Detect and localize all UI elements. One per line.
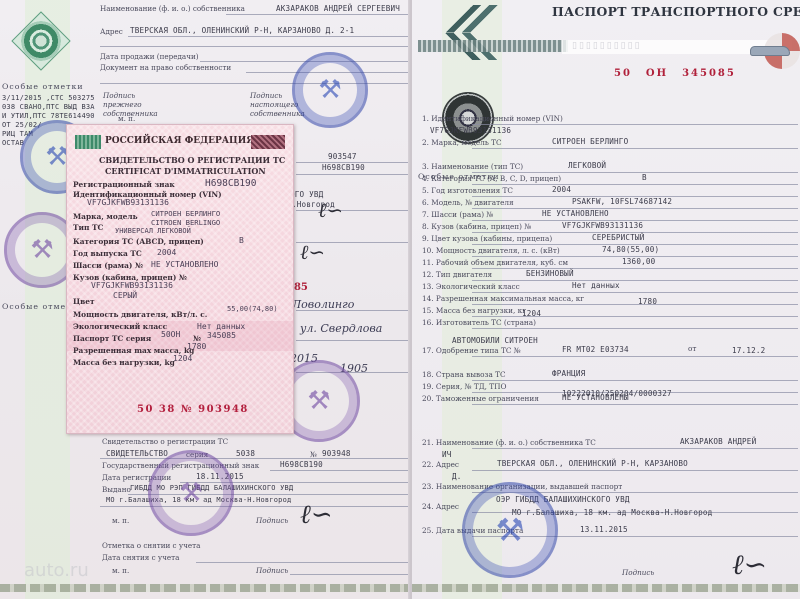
field-label: 14. Разрешенная максимальная масса, кг	[422, 294, 584, 303]
field-value: 13.11.2015	[580, 525, 628, 534]
plate-number: Н698СВ190	[205, 178, 256, 189]
field-label: 4. Категория ТС (A, B, C, D, прицеп)	[422, 174, 561, 183]
field-value: FR MT02 E03734	[562, 345, 629, 354]
field-label: 9. Цвет кузова (кабины, прицепа)	[422, 234, 552, 243]
field-label: 12. Тип двигателя	[422, 270, 492, 279]
reg-cert-value: СВИДЕТЕЛЬСТВО	[106, 449, 168, 458]
field-value: Нет данных	[572, 281, 620, 290]
hammers-icon: ⚒	[496, 511, 525, 549]
field-value: БЕНЗИНОВЫЙ	[526, 269, 574, 278]
green-pattern-icon	[75, 135, 101, 149]
field-label: 18. Страна вывоза ТС	[422, 370, 506, 379]
plate-value: Н698СВ190	[280, 460, 323, 469]
special-marks-label: Особые отметки	[2, 82, 84, 91]
field-label: 10. Мощность двигателя, л. с. (кВт)	[422, 246, 560, 255]
registration-certificate-card: РОССИЙСКАЯ ФЕДЕРАЦИЯ СВИДЕТЕЛЬСТВО О РЕГ…	[66, 124, 294, 434]
field-value: Д.	[452, 472, 462, 481]
hammers-icon: ⚒	[307, 386, 330, 416]
hammers-icon: ⚒	[30, 235, 53, 265]
field-label: 8. Кузов (кабина, прицеп) №	[422, 222, 531, 231]
ornament-band	[0, 584, 412, 592]
handwritten-line: Ловолинго	[292, 298, 354, 311]
watermark-text: auto.ru	[24, 560, 89, 581]
owner-label: Наименование (ф. и. о.) собственника	[100, 4, 245, 13]
field-value: СИТРОЕН БЕРЛИНГО	[552, 137, 628, 146]
field-label: 16. Изготовитель ТС (страна)	[422, 318, 536, 327]
field-label: от	[688, 344, 696, 353]
prev-owner-sign-label: Подпись прежнего собственника	[103, 91, 173, 118]
field-label: 22. Адрес	[422, 460, 459, 469]
mp-label: м. п.	[118, 114, 135, 123]
cert-number-value: 903547	[328, 152, 357, 161]
red-pattern-icon	[251, 135, 285, 149]
field-value: PSAKFW, 10FSL74687142	[572, 197, 672, 206]
owner-value: АКЗАРАКОВ АНДРЕЙ СЕРГЕЕВИЧ	[276, 4, 400, 13]
color-value: СЕРЫЙ	[113, 291, 137, 300]
hammers-icon: ⚒	[179, 478, 202, 508]
field-value: АКЗАРАКОВ АНДРЕЙ	[680, 437, 756, 446]
reg-cert-label: Свидетельство о регистрации ТС	[102, 437, 228, 446]
card-serial-number: 50 38 № 903948	[137, 404, 249, 415]
field-value: НЕ УСТАНОВЛЕНО	[542, 209, 609, 218]
field-value: ФРАНЦИЯ	[552, 369, 585, 378]
field-value: 74,80(55,00)	[602, 245, 659, 254]
signature-4: ℓ∽	[732, 548, 767, 582]
field-label: 24. Адрес	[422, 502, 459, 511]
stamp-blue: ⚒	[292, 52, 368, 128]
field-value: 1780	[638, 297, 657, 306]
signature-1: ℓ∽	[318, 198, 343, 223]
field-label: 15. Масса без нагрузки, кг	[422, 306, 526, 315]
card-header: РОССИЙСКАЯ ФЕДЕРАЦИЯ	[75, 135, 285, 149]
stamp-blue: ⚒	[462, 482, 558, 578]
vin-value: VF7GJKFWB93131136	[87, 198, 169, 207]
field-label: 5. Год изготовления ТС	[422, 186, 513, 195]
reg-plate-value: Н698СВ190	[322, 163, 365, 172]
watermark-rosette-icon	[11, 11, 70, 70]
card-title-fr: CERTIFICAT D'IMMATRICULATION	[105, 166, 266, 176]
field-label: 7. Шасси (рама) №	[422, 210, 493, 219]
right-page: ▯▯▯▯▯▯▯▯▯▯ ПАСПОРТ ТРАНСПОРТНОГО СРЕДСТВ…	[412, 0, 800, 599]
ownership-doc-label: Документ на право собственности	[100, 63, 231, 72]
sale-date-label: Дата продажи (передачи)	[100, 52, 199, 61]
field-value: В	[642, 173, 647, 182]
passport-number: 345085	[207, 331, 236, 340]
field-label: 11. Рабочий объем двигателя, куб. см	[422, 258, 568, 267]
field-value: 17.12.2	[732, 346, 765, 355]
field-value: VF7GJKFWB93131136	[562, 221, 643, 230]
number-value: 903948	[322, 449, 351, 458]
car-icon	[750, 46, 790, 56]
field-value: 1360,00	[622, 257, 655, 266]
field-label: 2. Марка, модель ТС	[422, 138, 502, 147]
field-value: ЛЕГКОВОЙ	[568, 161, 606, 170]
field-label: 20. Таможенные ограничения	[422, 394, 539, 403]
field-value: АВТОМОБИЛИ СИТРОЕН	[452, 336, 538, 345]
field-value: ТВЕРСКАЯ ОБЛ., ОЛЕНИНСКИЙ Р-Н, КАРЗАНОВО	[497, 459, 688, 468]
field-value: ИЧ	[442, 450, 452, 459]
handwritten-line: ул. Свердлова	[300, 322, 382, 335]
field-label: 13. Экологический класс	[422, 282, 520, 291]
address-value: ТВЕРСКАЯ ОБЛ., ОЛЕНИНСКИЙ Р-Н, КАРЗАНОВО…	[130, 26, 354, 35]
signature-3: ℓ∽	[300, 500, 333, 530]
field-value: 1204	[522, 309, 541, 318]
field-value: VF7GJKFWB93131136	[430, 126, 511, 135]
card-title-ru: СВИДЕТЕЛЬСТВО О РЕГИСТРАЦИИ ТС	[99, 155, 285, 165]
field-label: 21. Наименование (ф. и. о.) собственника…	[422, 438, 596, 447]
stamp-purple: ⚒	[148, 450, 234, 536]
passport-title: ПАСПОРТ ТРАНСПОРТНОГО СРЕДСТВА	[552, 4, 800, 19]
field-label: 17. Одобрение типа ТС №	[422, 346, 521, 355]
sign-label: Подпись	[622, 568, 654, 577]
series-value: 5038	[236, 449, 255, 458]
passport-serial: 50ОН345085	[614, 68, 750, 79]
field-value: 2004	[552, 185, 571, 194]
field-label: 19. Серия, № ТД, ТПО	[422, 382, 506, 391]
country-title: РОССИЙСКАЯ ФЕДЕРАЦИЯ	[105, 136, 254, 146]
ornament-band	[412, 584, 800, 592]
field-value: НЕ УСТАНОВЛЕНЫ	[562, 393, 629, 402]
field-label: 1. Идентификационный номер (VIN)	[422, 114, 563, 123]
address-label: Адрес	[100, 27, 123, 36]
hammers-icon: ⚒	[318, 75, 341, 105]
signature-2: ℓ∽	[300, 240, 325, 265]
field-label: 6. Модель, № двигателя	[422, 198, 514, 207]
field-label: 3. Наименование (тип ТС)	[422, 162, 523, 171]
field-value: СЕРЕБРИСТЫЙ	[592, 233, 645, 242]
